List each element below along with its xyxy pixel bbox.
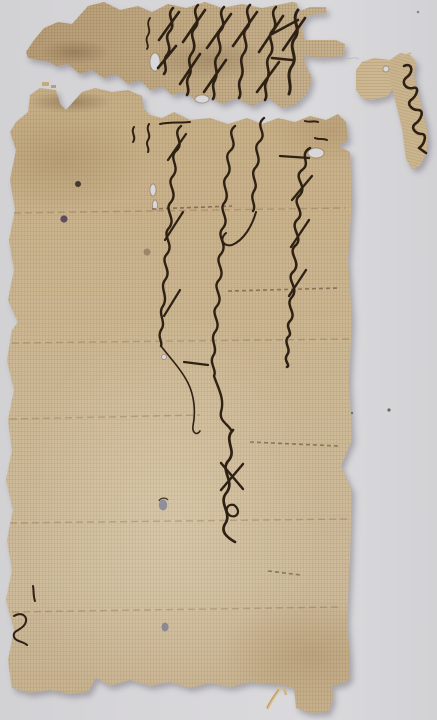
papyrus-fragment-corner xyxy=(0,0,437,720)
papyrus-corner-square-surface xyxy=(0,0,437,720)
papyrus-corner-strip-surface xyxy=(0,0,437,720)
photo-background xyxy=(0,0,437,720)
